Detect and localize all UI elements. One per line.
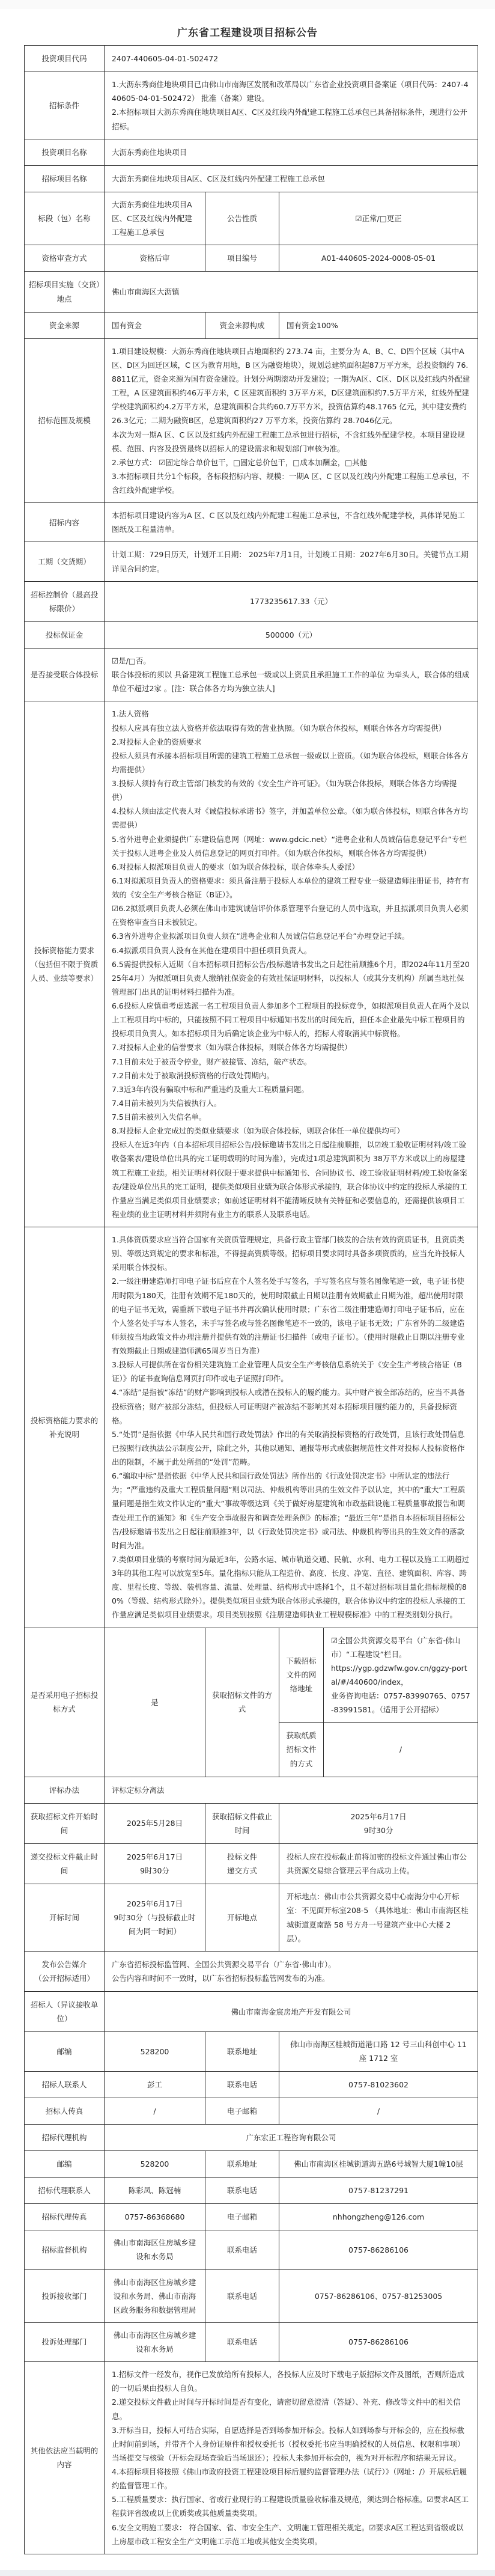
row-value: 1.项目建设规模：大沥东秀商住地块项目占地面积约 273.74 亩，主要分为 A… xyxy=(105,338,478,502)
row-value: 0757-86286106 xyxy=(279,2230,478,2269)
row-value: nhhongzheng@126.com xyxy=(279,2204,478,2230)
table-row: 招标人传真/电子邮箱/ xyxy=(25,2098,478,2124)
row-label: 招标代理机构 xyxy=(25,2124,105,2150)
row-value: 0757-86286106、0757-81253005 xyxy=(279,2269,478,2322)
row-value: 0757-86286106 xyxy=(279,2322,478,2361)
table-row: 招标范围及规模1.项目建设规模：大沥东秀商住地块项目占地面积约 273.74 亩… xyxy=(25,338,478,502)
row-label: 下载招标文件的网络地址 xyxy=(279,1628,324,1723)
table-row: 发布公告媒介 （公开招标适用）广东省招标投标监管网、全国公共资源交易平台（广东省… xyxy=(25,1951,478,1991)
row-label: 联系电话 xyxy=(205,2269,279,2322)
table-row: 招标代理传真0757-86368680电子邮箱nhhongzheng@126.c… xyxy=(25,2204,478,2230)
table-row: 资金来源国有资金资金来源构成国有资金100% xyxy=(25,312,478,338)
table-row: 获取招标文件开始时间2025年5月28日获取招标文件截止时间2025年6月17日… xyxy=(25,1803,478,1843)
row-label: 招标监督机构 xyxy=(25,2230,105,2269)
row-label: 招标项目实施（交货）地点 xyxy=(25,272,105,312)
row-value: 佛山市南海区桂城街道海五路6号城智大厦1幢10层 xyxy=(279,2150,478,2177)
row-label: 资金来源构成 xyxy=(205,312,279,338)
row-value: 2407-440605-04-01-502472 xyxy=(105,46,478,72)
table-row: 其他依法应当载明的内容1.招标文件一经发布，视作已发放给所有投标人，各投标人应及… xyxy=(25,2362,478,2554)
row-label: 邮编 xyxy=(25,2150,105,2177)
row-label: 联系地址 xyxy=(205,2032,279,2071)
table-row: 招标人联系人彭工联系电话0757-81023602 xyxy=(25,2071,478,2098)
table-row: 招标项目名称大沥东秀商住地块项目A区、C区及红线内外配建工程施工总承包 xyxy=(25,165,478,192)
row-value: 528200 xyxy=(105,2032,205,2071)
table-row: 招标条件1.大沥东秀商住地块项目已由佛山市南海区发展和改革局以广东省企业投资项目… xyxy=(25,72,478,139)
row-value: 佛山市南海区桂城街道港口路 12 号三山科创中心 11 座 1712 室 xyxy=(279,2032,478,2071)
row-value: 计划工期：729日历天，计划开工日期： 2025年7月1日，计划竣工日期：202… xyxy=(105,542,478,581)
row-label: 其他依法应当载明的内容 xyxy=(25,2362,105,2554)
row-value: 资格后审 xyxy=(105,245,205,272)
table-row: 资格审查方式资格后审项目编号A01-440605-2024-0008-05-01 xyxy=(25,245,478,272)
row-label: 招标范围及规模 xyxy=(25,338,105,502)
row-label: 投标文件 递交方式 xyxy=(205,1844,279,1884)
row-value: 广东省招标投标监管网、全国公共资源交易平台（广东省·佛山市）。 公告内容和时间不… xyxy=(105,1951,478,1991)
row-value: 投标人应在投标截止前将加密的投标文件通过佛山市公共资源交易综合管理云平台成功上传… xyxy=(279,1844,478,1884)
row-value: 佛山市南海区大沥镇 xyxy=(105,272,478,312)
browser-top-strip xyxy=(0,0,495,8)
row-label: 是否接受联合体投标 xyxy=(25,649,105,701)
row-value: / xyxy=(105,2098,205,2124)
row-label: 联系电话 xyxy=(205,2230,279,2269)
row-value: 佛山市南海区住房城乡建设和水务局、佛山市南海区政务服务和数据管理局 xyxy=(105,2269,205,2322)
row-value: 0757-86368680 xyxy=(105,2204,205,2230)
row-value: 0757-81237291 xyxy=(279,2178,478,2204)
row-value: ☑是/□否。 联合体投标的须以 具备建筑工程施工总承包一级或以上资质且承担施工工… xyxy=(105,649,478,701)
row-value: 国有资金100% xyxy=(279,312,478,338)
row-label: 资金来源 xyxy=(25,312,105,338)
row-value: 佛山市南海区住房城乡建设和水务局 xyxy=(105,2230,205,2269)
row-label: 招标项目名称 xyxy=(25,165,105,192)
table-row: 递交投标文件截止时间2025年6月17日 9时30分投标文件 递交方式投标人应在… xyxy=(25,1844,478,1884)
row-label: 招标人（异议接收单位） xyxy=(25,1992,105,2032)
table-row: 投标资格能力要求的补充说明1.具体资质要求应当符合国家有关资质管理规定，具备行政… xyxy=(25,1227,478,1628)
table-row: 投资项目名称大沥东秀商住地块项目 xyxy=(25,139,478,165)
table-row: 招标监督机构佛山市南海区住房城乡建设和水务局联系电话0757-86286106 xyxy=(25,2230,478,2269)
row-value: / xyxy=(279,2098,478,2124)
row-label: 招标内容 xyxy=(25,503,105,542)
row-value: / xyxy=(324,1723,478,1777)
row-label: 投资项目代码 xyxy=(25,46,105,72)
row-label: 工期（交货期） xyxy=(25,542,105,581)
row-label: 电子邮箱 xyxy=(205,2098,279,2124)
table-row: 投标保证金500000（元） xyxy=(25,621,478,648)
row-label: 获取招标文件开始时间 xyxy=(25,1803,105,1843)
row-label: 招标条件 xyxy=(25,72,105,139)
row-value: 广东宏正工程咨询有限公司 xyxy=(105,2124,478,2150)
table-row: 开标时间2025年6月17日 9时30分（与投标截止时间为同一时间）开标地点开标… xyxy=(25,1884,478,1952)
row-label: 评标办法 xyxy=(25,1777,105,1803)
row-value: 彭工 xyxy=(105,2071,205,2098)
page-title: 广东省工程建设项目招标公告 xyxy=(0,24,495,39)
table-row: 评标办法评标定标分离法 xyxy=(25,1777,478,1803)
row-value: ☑正常/□更正 xyxy=(279,192,478,245)
row-value: 陈彩凤、陈冠楠 xyxy=(105,2178,205,2204)
table-row: 投资项目代码2407-440605-04-01-502472 xyxy=(25,46,478,72)
row-value: 2025年5月28日 xyxy=(105,1803,205,1843)
row-label: 开标地点 xyxy=(205,1884,279,1952)
announcement-table: 投资项目代码2407-440605-04-01-502472招标条件1.大沥东秀… xyxy=(24,45,478,2554)
table-row: 邮编528200联系地址佛山市南海区桂城街道海五路6号城智大厦1幢10层 xyxy=(25,2150,478,2177)
row-label: 招标控制价（最高投标限价） xyxy=(25,581,105,621)
row-label: 电子邮箱 xyxy=(205,2204,279,2230)
row-value: A01-440605-2024-0008-05-01 xyxy=(279,245,478,272)
row-label: 招标人传真 xyxy=(25,2098,105,2124)
row-value: 是 xyxy=(105,1628,205,1777)
table-row: 是否采用电子招标投标方式是获取招标文件的方式下载招标文件的网络地址☑全国公共资源… xyxy=(25,1628,478,1723)
row-label: 招标代理联系人 xyxy=(25,2178,105,2204)
table-row: 投诉接收部门佛山市南海区住房城乡建设和水务局、佛山市南海区政务服务和数据管理局联… xyxy=(25,2269,478,2322)
row-label: 是否采用电子招标投标方式 xyxy=(25,1628,105,1777)
row-label: 获取招标文件截止时间 xyxy=(205,1803,279,1843)
row-label: 邮编 xyxy=(25,2032,105,2071)
row-label: 获取招标文件的方式 xyxy=(205,1628,279,1777)
row-value: 大沥东秀商住地块项目A区、C区及红线内外配建工程施工总承包 xyxy=(105,165,478,192)
table-row: 招标代理机构广东宏正工程咨询有限公司 xyxy=(25,2124,478,2150)
table-row: 标段（包）名称大沥东秀商住地块项目A区、C区及红线内外配建工程施工总承包公告性质… xyxy=(25,192,478,245)
row-label: 招标代理传真 xyxy=(25,2204,105,2230)
row-value: 国有资金 xyxy=(105,312,205,338)
row-value: 评标定标分离法 xyxy=(105,1777,478,1803)
row-value: 1.具体资质要求应当符合国家有关资质管理规定，具备行政主管部门核发的合法有效的资… xyxy=(105,1227,478,1628)
row-value: 大沥东秀商住地块项目 xyxy=(105,139,478,165)
row-label: 递交投标文件截止时间 xyxy=(25,1844,105,1884)
row-value: 本招标项目建设内容为A 区、C 区以及红线内外配建工程施工总承包，不含红线外配建… xyxy=(105,503,478,542)
row-label: 联系地址 xyxy=(205,2150,279,2177)
row-value: 佛山市南海区住房城乡建设和水务局 xyxy=(105,2322,205,2361)
row-value: 佛山市南海金宸房地产开发有限公司 xyxy=(105,1992,478,2032)
page-bottom-strip xyxy=(0,2570,495,2576)
row-value: 2025年6月17日 9时30分（与投标截止时间为同一时间） xyxy=(105,1884,205,1952)
table-row: 招标项目实施（交货）地点佛山市南海区大沥镇 xyxy=(25,272,478,312)
row-value: 2025年6月17日 9时30分 xyxy=(105,1844,205,1884)
row-label: 联系电话 xyxy=(205,2178,279,2204)
row-label: 投标资格能力要求（包括但不限于资质人员、业绩等要求） xyxy=(25,701,105,1227)
table-row: 招标控制价（最高投标限价）1773235617.33（元） xyxy=(25,581,478,621)
row-value: 大沥东秀商住地块项目A区、C区及红线内外配建工程施工总承包 xyxy=(105,192,205,245)
row-label: 投诉接收部门 xyxy=(25,2269,105,2322)
row-value: 0757-81023602 xyxy=(279,2071,478,2098)
row-value: 500000（元） xyxy=(105,621,478,648)
row-label: 公告性质 xyxy=(205,192,279,245)
row-label: 开标时间 xyxy=(25,1884,105,1952)
row-label: 联系电话 xyxy=(205,2071,279,2098)
row-label: 投标保证金 xyxy=(25,621,105,648)
row-value: ☑全国公共资源交易平台（广东省·佛山市）“工程建设”栏目。 https://yg… xyxy=(324,1628,478,1723)
row-value: 1773235617.33（元） xyxy=(105,581,478,621)
row-label: 项目编号 xyxy=(205,245,279,272)
row-label: 联系电话 xyxy=(205,2322,279,2361)
row-value: 1.法人资格 投标人应具有独立法人资格并依法取得有效的营业执照。（如为联合体投标… xyxy=(105,701,478,1227)
row-label: 标段（包）名称 xyxy=(25,192,105,245)
row-value: 528200 xyxy=(105,2150,205,2177)
row-value: 2025年6月17日 9时30分 xyxy=(279,1803,478,1843)
row-label: 发布公告媒介 （公开招标适用） xyxy=(25,1951,105,1991)
row-label: 投标资格能力要求的补充说明 xyxy=(25,1227,105,1628)
row-label: 投诉处理部门 xyxy=(25,2322,105,2361)
row-label: 招标人联系人 xyxy=(25,2071,105,2098)
table-row: 邮编528200联系地址佛山市南海区桂城街道港口路 12 号三山科创中心 11 … xyxy=(25,2032,478,2071)
row-label: 资格审查方式 xyxy=(25,245,105,272)
table-row: 招标内容本招标项目建设内容为A 区、C 区以及红线内外配建工程施工总承包，不含红… xyxy=(25,503,478,542)
table-row: 投标资格能力要求（包括但不限于资质人员、业绩等要求）1.法人资格 投标人应具有独… xyxy=(25,701,478,1227)
row-label: 获取纸质招标文件的方式 xyxy=(279,1723,324,1777)
row-value: 1.大沥东秀商住地块项目已由佛山市南海区发展和改革局以广东省企业投资项目备案证（… xyxy=(105,72,478,139)
table-row: 是否接受联合体投标☑是/□否。 联合体投标的须以 具备建筑工程施工总承包一级或以… xyxy=(25,649,478,701)
row-value: 开标地点：佛山市公共资源交易中心南海分中心开标室：不见面开标室208-5 （具体… xyxy=(279,1884,478,1952)
row-label: 投资项目名称 xyxy=(25,139,105,165)
row-value: 1.招标文件一经发布，视作已发放给所有投标人，各投标人应及时下载电子版招标文件及… xyxy=(105,2362,478,2554)
table-row: 招标人（异议接收单位）佛山市南海金宸房地产开发有限公司 xyxy=(25,1992,478,2032)
table-row: 工期（交货期）计划工期：729日历天，计划开工日期： 2025年7月1日，计划竣… xyxy=(25,542,478,581)
table-row: 招标代理联系人陈彩凤、陈冠楠联系电话0757-81237291 xyxy=(25,2178,478,2204)
table-row: 投诉处理部门佛山市南海区住房城乡建设和水务局联系电话0757-86286106 xyxy=(25,2322,478,2361)
